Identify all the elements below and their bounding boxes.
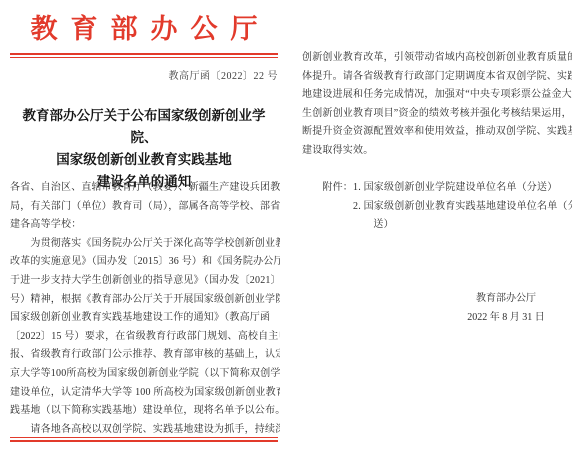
right-page-body: 创新创业教育改革，引领带动省域内高校创新创业教育质量的整体提升。请各省级教育行政… — [302, 49, 572, 161]
text-line: 国家级创新创业教育实践基地建设工作的通知》（教高厅函 — [10, 309, 280, 328]
text-line: 建各高等学校： — [10, 216, 280, 235]
signature-block: 教育部办公厅 2022 年 8 月 31 日 — [440, 289, 572, 327]
signer-name: 教育部办公厅 — [440, 289, 572, 308]
footer-rule — [10, 437, 278, 442]
text-line: 京大学等100所高校为国家级创新创业学院（以下简称双创学院） — [10, 365, 280, 384]
text-line: 各省、自治区、直辖市教育厅（教委）、新疆生产建设兵团教育 — [10, 179, 280, 198]
text-line: 体提升。请各省级教育行政部门定期调度本省双创学院、实践基 — [302, 68, 572, 87]
text-line: 附件：1. 国家级创新创业学院建设单位名单（分送） — [302, 179, 572, 198]
text-line: 〔2022〕15 号）要求，在省级教育行政部门规划、高校自主申 — [10, 328, 280, 347]
document-number: 教高厅函〔2022〕22 号 — [169, 67, 279, 82]
text-line: 号）精神，根据《教育部办公厅关于开展国家级创新创业学院、 — [10, 291, 280, 310]
text-line: 践基地（以下简称实践基地）建设单位，现将名单予以公布。 — [10, 402, 280, 421]
document-scan: 教育部办公厅 教高厅函〔2022〕22 号 教育部办公厅关于公布国家级创新创业学… — [0, 0, 584, 453]
text-line: 2. 国家级创新创业教育实践基地建设单位名单（分 — [302, 198, 572, 217]
text-line: 为贯彻落实《国务院办公厅关于深化高等学校创新创业教育 — [10, 235, 280, 254]
text-line: 生创新创业教育项目”资金的绩效考核并强化考核结果运用，不 — [302, 105, 572, 124]
left-page-body: 各省、自治区、直辖市教育厅（教委）、新疆生产建设兵团教育局，有关部门（单位）教育… — [10, 179, 280, 439]
title-line: 国家级创新创业教育实践基地 — [10, 149, 278, 171]
text-line: 改革的实施意见》（国办发〔2015〕36 号）和《国务院办公厅关 — [10, 253, 280, 272]
signature-date: 2022 年 8 月 31 日 — [440, 308, 572, 327]
left-page: 教育部办公厅 教高厅函〔2022〕22 号 教育部办公厅关于公布国家级创新创业学… — [0, 0, 292, 453]
text-line: 建设单位，认定清华大学等 100 所高校为国家级创新创业教育实 — [10, 384, 280, 403]
text-line: 局，有关部门（单位）教育司（局），部属各高等学校、部省合 — [10, 198, 280, 217]
right-page: 创新创业教育改革，引领带动省域内高校创新创业教育质量的整体提升。请各省级教育行政… — [292, 0, 584, 453]
attachments-list: 附件：1. 国家级创新创业学院建设单位名单（分送） 2. 国家级创新创业教育实践… — [302, 179, 572, 235]
title-line: 教育部办公厅关于公布国家级创新创业学院、 — [10, 105, 278, 149]
text-line: 于进一步支持大学生创新创业的指导意见》（国办发〔2021〕35 — [10, 272, 280, 291]
text-line: 创新创业教育改革，引领带动省域内高校创新创业教育质量的整 — [302, 49, 572, 68]
text-line: 地建设进展和任务完成情况，加强对“中央专项彩票公益金大学 — [302, 86, 572, 105]
text-line: 断提升资金资源配置效率和使用效益，推动双创学院、实践基地 — [302, 123, 572, 142]
agency-masthead: 教育部办公厅 — [10, 7, 278, 46]
masthead-rule — [10, 53, 278, 58]
text-line: 报、省级教育行政部门公示推荐、教育部审核的基础上，认定北 — [10, 346, 280, 365]
text-line: 送） — [302, 216, 572, 235]
text-line: 建设取得实效。 — [302, 142, 572, 161]
